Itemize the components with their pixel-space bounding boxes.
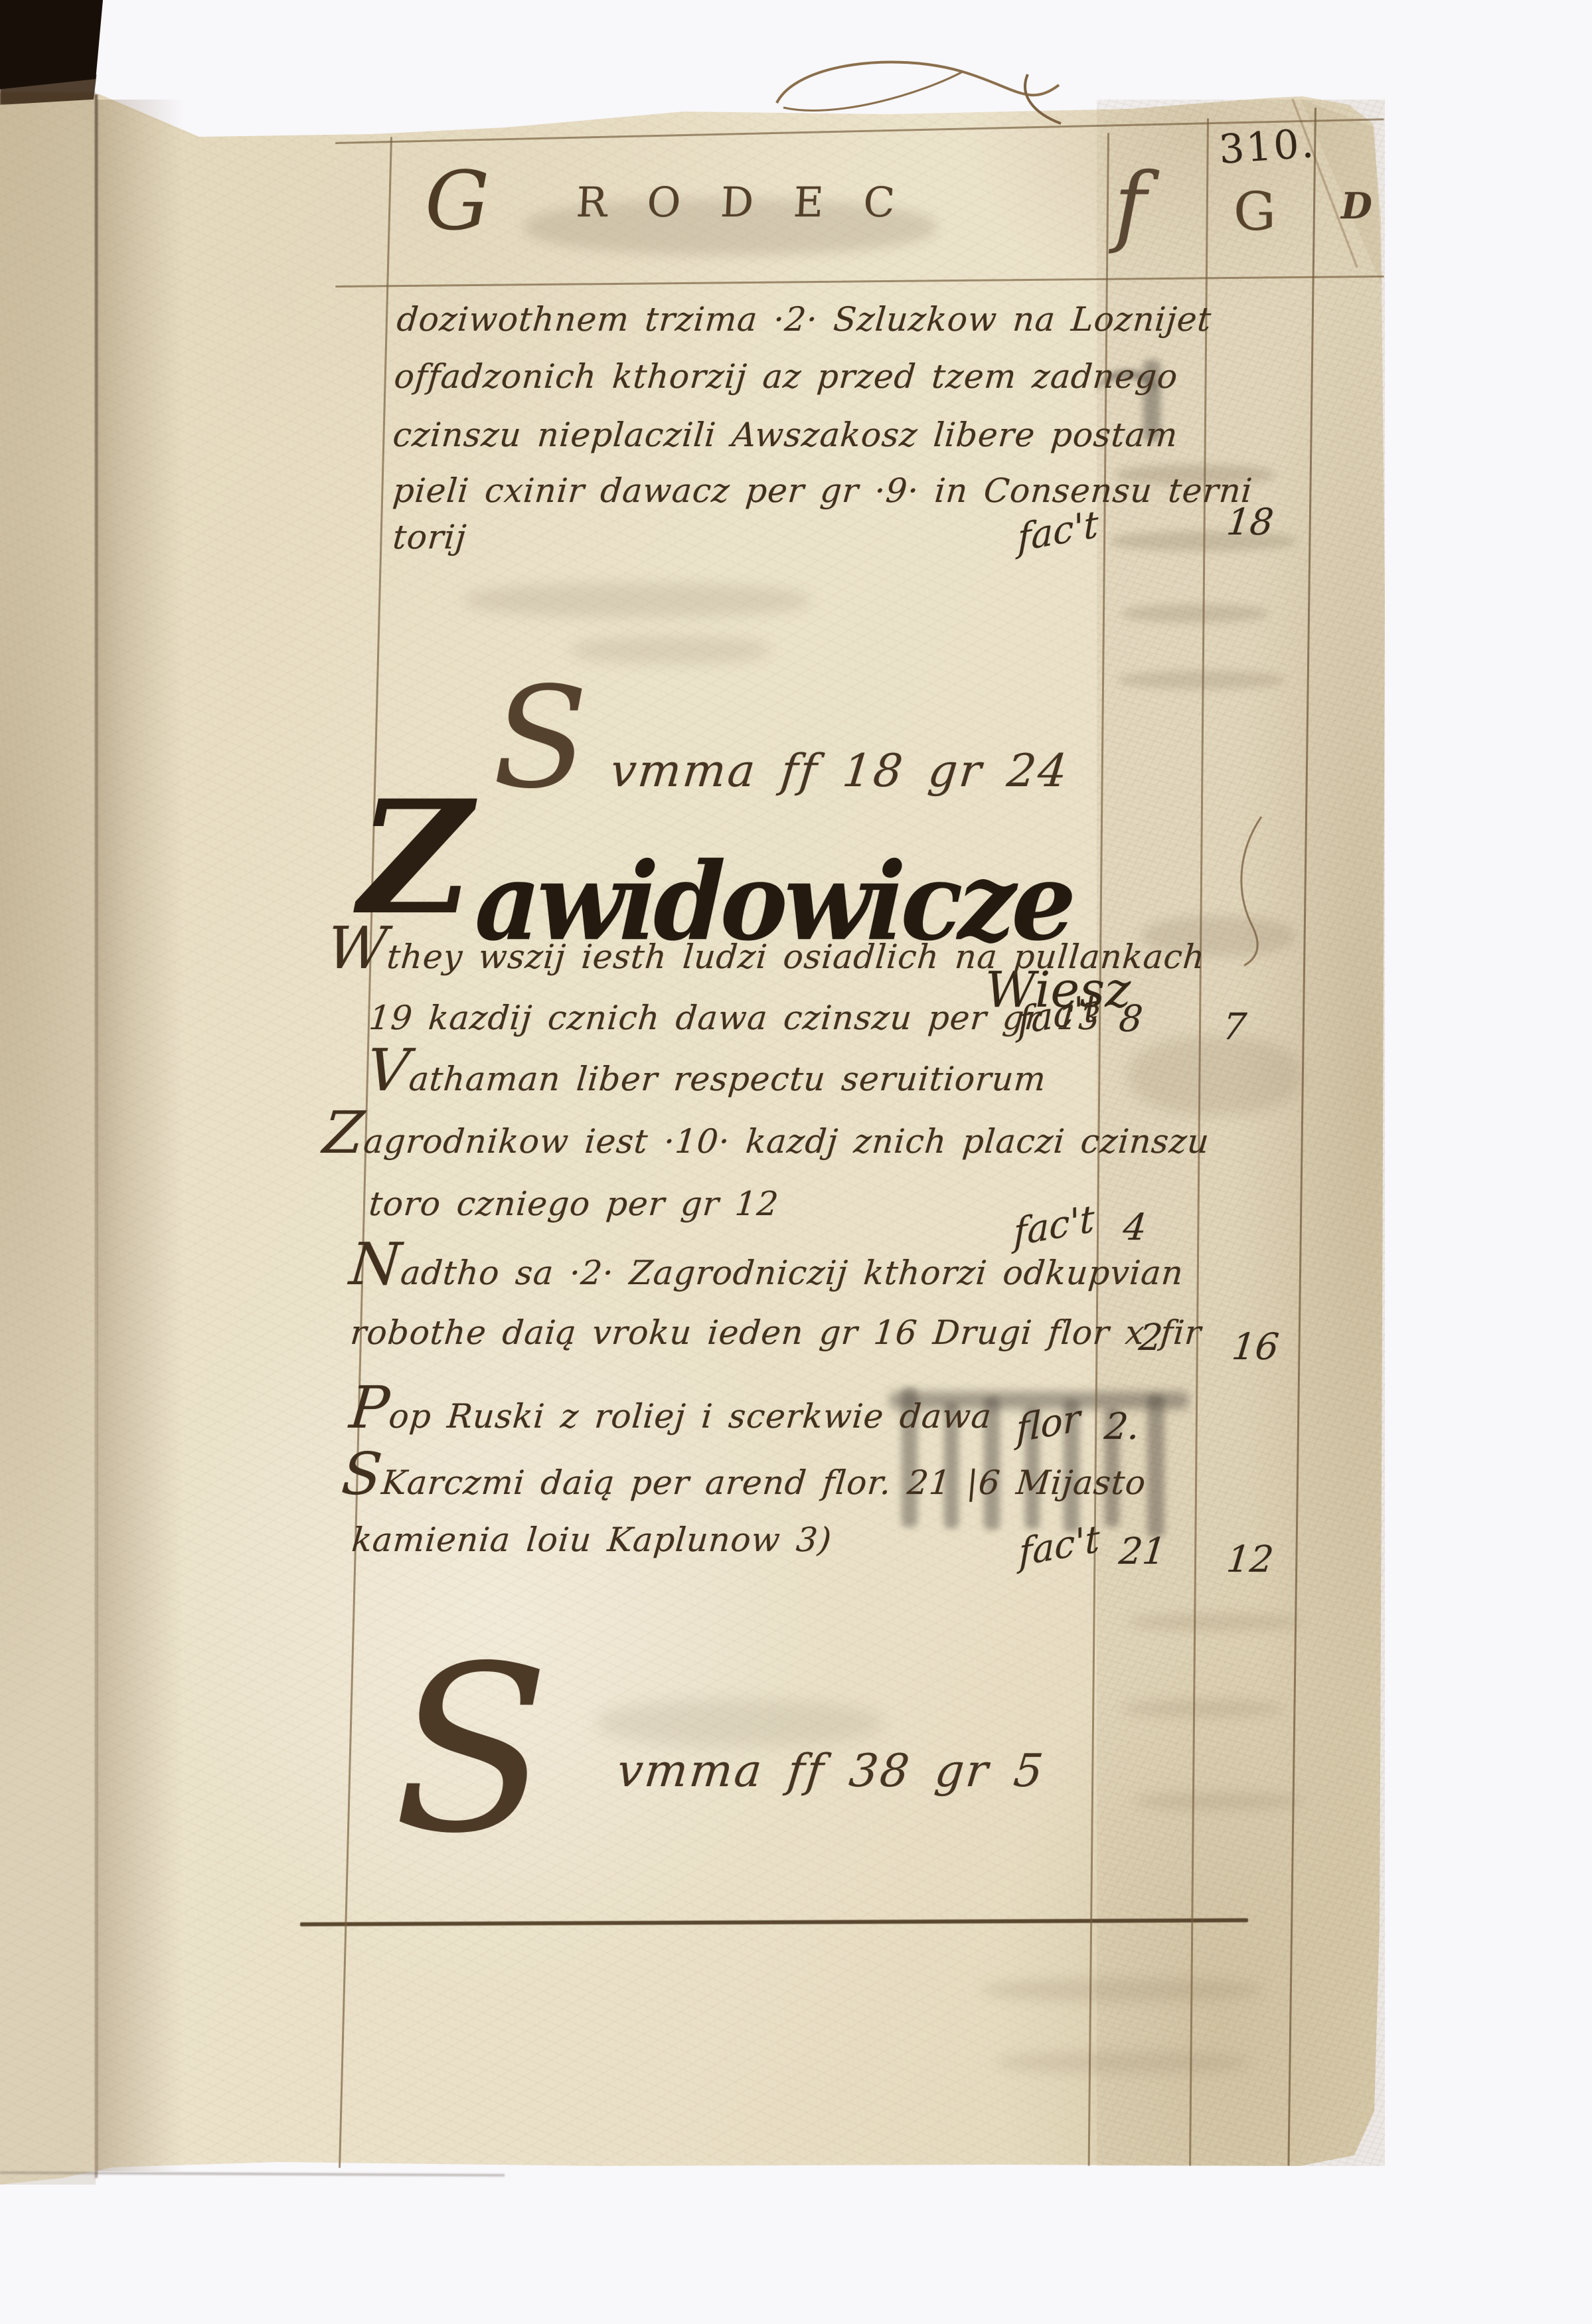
summa-line: vmma ff 18 gr 24 [608, 745, 1072, 797]
page-number: 310. [1218, 120, 1317, 173]
showthrough-smudge [465, 583, 810, 618]
entry-line: toro czniego per gr 12 [367, 1185, 780, 1223]
entry-line: doziwothnem trzima ·2· Szluzkow na Lozni… [395, 300, 1213, 339]
summa-line: vmma ff 38 gr 5 [615, 1745, 1048, 1797]
showthrough-smudge [571, 636, 770, 664]
summa-initial: S [393, 1665, 550, 1837]
amount-florins: 4 [1121, 1206, 1149, 1248]
column-header-groschen: G [1234, 181, 1276, 242]
right-margin-pen-stroke [1227, 811, 1287, 971]
amount-groschen: 18 [1225, 501, 1276, 543]
showthrough-line [1135, 1793, 1301, 1810]
amount-groschen: 7 [1221, 1005, 1249, 1048]
scanned-manuscript-page: 310. G RODEC f G D doziwothnem trzima ·2… [0, 0, 1592, 2324]
showthrough-line [983, 1979, 1261, 2001]
entry-line: czinszu nieplaczili Awszakosz libere pos… [391, 416, 1179, 454]
latin-note: Vathaman liber respectu seruitiorum [364, 1060, 1048, 1098]
header-title-initial: G [425, 154, 489, 248]
showthrough-line [1118, 671, 1284, 689]
column-header-denars: D [1341, 185, 1372, 227]
column-header-florins: f [1114, 154, 1147, 256]
gutter-shadow [97, 100, 183, 2171]
entry-line: SKarczmi daią per arend flor. 21 |6 Mija… [339, 1463, 1147, 1502]
amount-groschen: 12 [1225, 1538, 1276, 1580]
entry-line: Wthey wszij iesth ludzi osiadlich na pul… [325, 938, 1206, 976]
amount-florins: 2. [1103, 1405, 1142, 1448]
left-leaf-edge [0, 92, 96, 2185]
amount-groschen: 16 [1230, 1325, 1281, 1368]
amount-florins: 21 [1117, 1530, 1168, 1572]
entry-line: offadzonich kthorzij az przed tzem zadne… [392, 357, 1179, 396]
showthrough-line [1129, 1614, 1301, 1631]
amount-florins: 8 [1117, 997, 1145, 1040]
entry-line: 19 kazdij cznich dawa czinszu per gr 13 [367, 999, 1102, 1037]
entry-line: Nadtho sa ·2· Zagrodniczij kthorzi odkup… [347, 1254, 1185, 1292]
entry-line: Pop Ruski z roliej i scerkwie dawa [347, 1397, 993, 1436]
showthrough-line [1122, 604, 1268, 623]
entry-line: pieli cxinir dawacz per gr ·9· in Consen… [391, 471, 1254, 510]
entry-line: robothe daią vroku ieden gr 16 Drugi flo… [349, 1313, 1203, 1352]
book-spine-corner [0, 0, 103, 93]
entry-line: Zagrodnikow iest ·10· kazdj znich placzi… [321, 1122, 1211, 1161]
amount-florins: 2 [1137, 1316, 1165, 1359]
showthrough-smudge [1129, 1036, 1301, 1116]
summa-initial: S [493, 683, 588, 794]
top-margin-pen-flourish [757, 46, 1082, 133]
entry-line-tail: torij [391, 518, 468, 556]
gutter-crease [95, 94, 98, 2178]
section-heading-initial: Z [358, 795, 473, 920]
showthrough-smudge [597, 1700, 883, 1746]
showthrough-line [1123, 1700, 1283, 1717]
entry-line: kamienia loiu Kaplunow 3) [350, 1521, 833, 1559]
header-title: RODEC [575, 178, 936, 226]
showthrough-line [996, 2052, 1248, 2073]
